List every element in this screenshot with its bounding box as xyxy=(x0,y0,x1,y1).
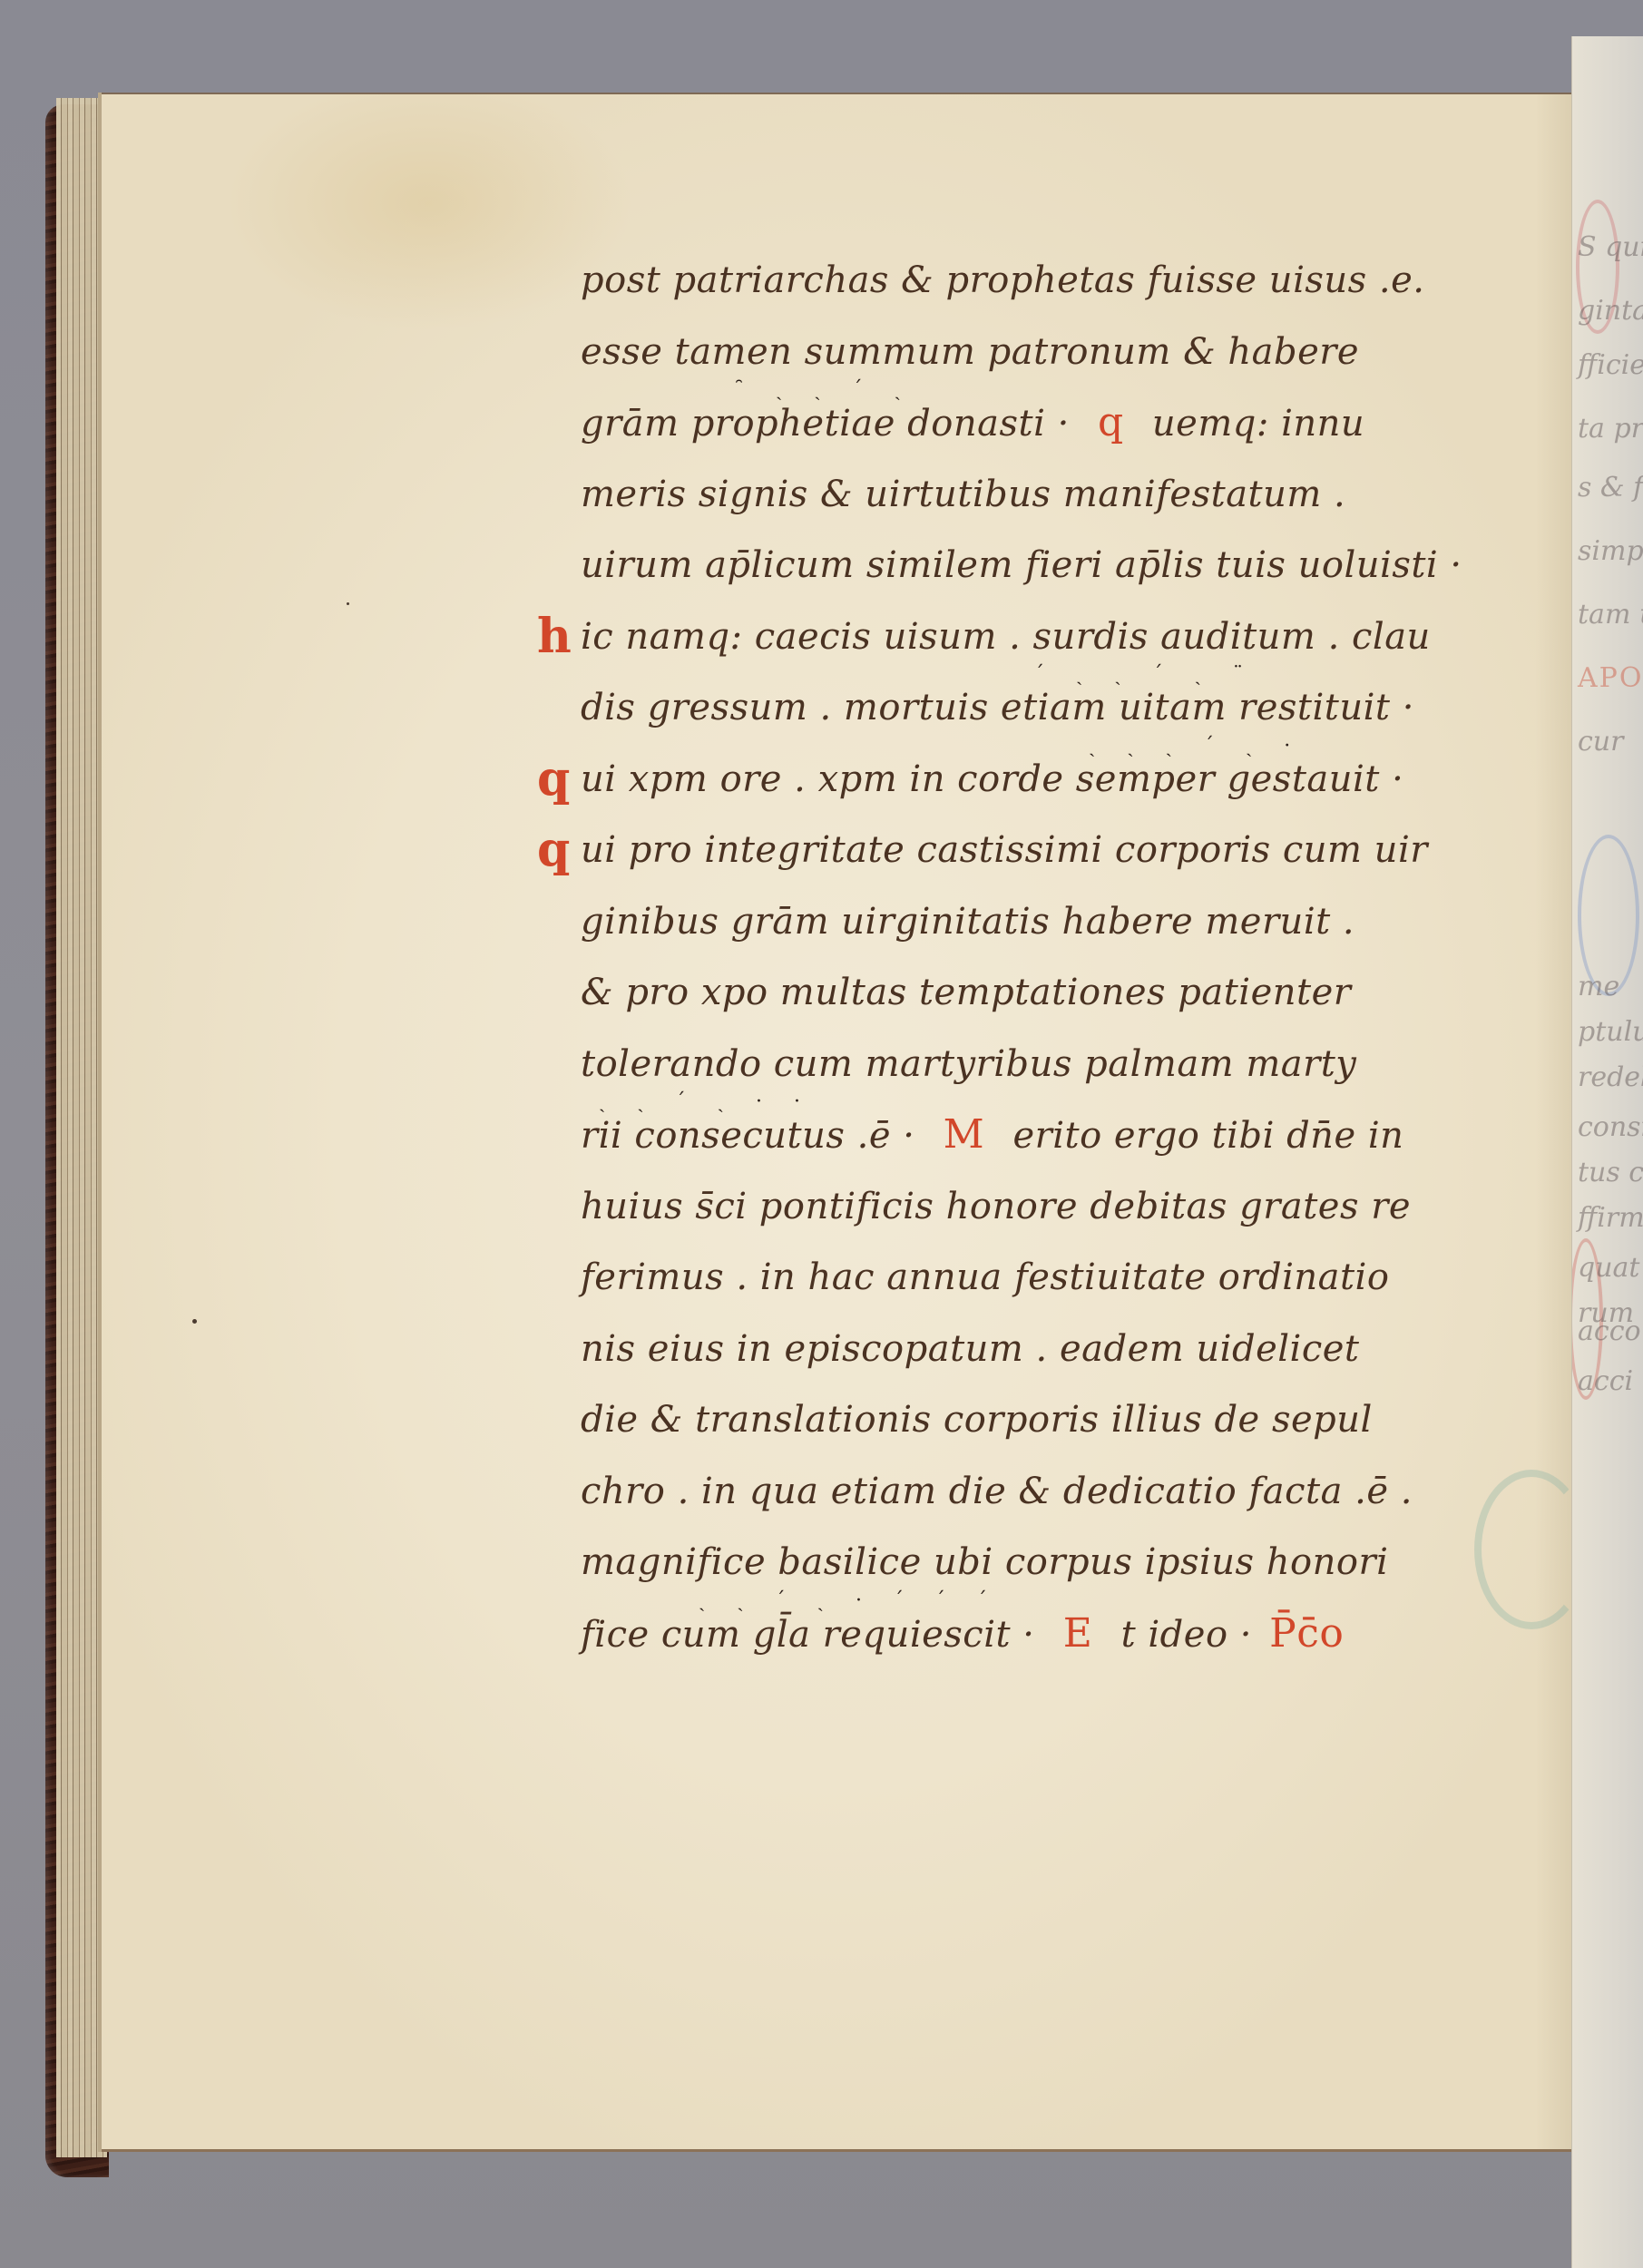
line-text: chro . in qua etiam die & dedicatio fact… xyxy=(581,1471,1413,1512)
neume-notation: ˎ ˎ ˊ ˎ · · xyxy=(599,1092,813,1112)
line-text: magnifice basilice ubi corpus ipsius hon… xyxy=(581,1541,1388,1583)
text-line-1: post patriarchas & prophetas fuisse uisu… xyxy=(581,245,1524,317)
facing-text-fragment: ptulum cer xyxy=(1578,1016,1643,1048)
line-text: ui xpm ore . xpm in corde semper gestaui… xyxy=(581,758,1403,800)
facing-text-fragment: S quip xyxy=(1578,231,1643,263)
facing-text-fragment: quat xyxy=(1578,1252,1639,1284)
text-line-10: ginibus grām uirginitatis habere meruit … xyxy=(581,886,1524,958)
line-text-after: t ideo · xyxy=(1121,1614,1252,1656)
line-text: post patriarchas & prophetas fuisse uisu… xyxy=(581,259,1425,301)
facing-text-fragment: ta prod xyxy=(1578,413,1643,445)
text-line-17: die & translationis corporis illius de s… xyxy=(581,1384,1524,1456)
text-line-9: q ui pro integritate castissimi corporis… xyxy=(581,815,1524,886)
facing-page-edge: S quip ginta fficienti ta prod s & fan s… xyxy=(1571,36,1643,2268)
text-line-19: magnifice basilice ubi corpus ipsius hon… xyxy=(581,1527,1524,1598)
facing-text-fragment: simpiter xyxy=(1578,535,1643,567)
line-text: tolerando cum martyribus palmam marty xyxy=(581,1043,1356,1085)
facing-text-fragment: ginta xyxy=(1578,295,1643,327)
facing-text-fragment: acco xyxy=(1578,1315,1641,1347)
rubric-initial-m: M xyxy=(944,1111,985,1158)
line-text: rii consecutus .ē · xyxy=(581,1115,914,1157)
text-line-14: huius s̄ci pontificis honore debitas gra… xyxy=(581,1171,1524,1243)
rubric-cue-preface: P̄c̄o xyxy=(1269,1610,1344,1657)
neume-notation: ˊ ˎ ˎ ˊ ˎ ¨ xyxy=(1034,665,1256,685)
text-line-3: ̑ ˎ ˎ ˊ ˎ grām prophetiae donasti · q ue… xyxy=(581,387,1524,459)
facing-text-fragment: me xyxy=(1578,971,1619,1002)
text-line-6: h ic namq: caecis uisum . surdis auditum… xyxy=(581,601,1524,673)
facing-text-fragment: tus conseq xyxy=(1578,1157,1643,1188)
neume-notation: ˎ ˎ ˎ ˊ ˎ · xyxy=(1089,737,1303,757)
line-text: ferimus . in hac annua festiuitate ordin… xyxy=(581,1256,1389,1298)
line-text: fice cum gl̄a requiescit · xyxy=(581,1614,1035,1656)
facing-text-fragment: s & fan xyxy=(1578,472,1643,503)
facing-text-fragment: conside xyxy=(1578,1111,1643,1143)
text-line-4: meris signis & uirtutibus manifestatum . xyxy=(581,459,1524,531)
text-line-16: nis eius in episcopatum . eadem uidelice… xyxy=(581,1314,1524,1385)
ink-speck xyxy=(192,1319,197,1324)
line-text-after: uemq: innu xyxy=(1152,403,1364,445)
neume-notation: ̑ ˎ ˎ ˊ ˎ xyxy=(744,380,914,400)
line-text: nis eius in episcopatum . eadem uidelice… xyxy=(581,1328,1360,1370)
line-text: & pro xpo multas temptationes patienter xyxy=(581,972,1351,1013)
line-text: die & translationis corporis illius de s… xyxy=(581,1399,1373,1441)
text-block: post patriarchas & prophetas fuisse uisu… xyxy=(581,245,1524,1669)
text-line-12: tolerando cum martyribus palmam marty xyxy=(581,1029,1524,1100)
facing-text-fragment: acci xyxy=(1578,1365,1633,1397)
rubric-initial-h: h xyxy=(537,601,572,673)
facing-rubric-fragment: APO xyxy=(1578,662,1643,694)
rubric-initial-q: q xyxy=(537,815,571,886)
rubric-initial-q: q xyxy=(537,744,571,816)
ink-speck xyxy=(347,602,349,605)
facing-text-fragment: ffirmu xyxy=(1578,1202,1643,1234)
text-line-18: chro . in qua etiam die & dedicatio fact… xyxy=(581,1456,1524,1528)
rubric-initial-e: E xyxy=(1063,1610,1093,1657)
line-text: huius s̄ci pontificis honore debitas gra… xyxy=(581,1186,1411,1227)
facing-text-fragment: redelagu xyxy=(1578,1061,1643,1093)
line-text: esse tamen summum patronum & habere xyxy=(581,331,1359,373)
rubric-initial-q: q xyxy=(1098,399,1124,445)
line-text: dis gressum . mortuis etiam uitam restit… xyxy=(581,687,1414,728)
page-edges xyxy=(56,98,107,2157)
facing-text-fragment: fficienti xyxy=(1578,349,1643,381)
text-line-7: ˊ ˎ ˎ ˊ ˎ ¨ dis gressum . mortuis etiam … xyxy=(581,672,1524,744)
line-text: meris signis & uirtutibus manifestatum . xyxy=(581,474,1345,515)
line-text: uirum ap̄licum similem fieri ap̄lis tuis… xyxy=(581,544,1462,586)
text-line-8: q ˎ ˎ ˎ ˊ ˎ · ui xpm ore . xpm in corde … xyxy=(581,744,1524,816)
text-line-11: & pro xpo multas temptationes patienter xyxy=(581,957,1524,1029)
line-text: ic namq: caecis uisum . surdis auditum .… xyxy=(581,616,1431,658)
text-line-15: ferimus . in hac annua festiuitate ordin… xyxy=(581,1242,1524,1314)
text-line-2: esse tamen summum patronum & habere xyxy=(581,317,1524,388)
facing-text-fragment: tam uiui xyxy=(1578,599,1643,631)
line-text: ui pro integritate castissimi corporis c… xyxy=(581,829,1428,871)
text-line-5: uirum ap̄licum similem fieri ap̄lis tuis… xyxy=(581,530,1524,601)
neume-notation: ˎ ˎ ˊ ˎ · ˊ ˊ ˊ xyxy=(699,1591,1000,1611)
text-line-13: ˎ ˎ ˊ ˎ · · rii consecutus .ē · M erito… xyxy=(581,1100,1524,1171)
line-text: ginibus grām uirginitatis habere meruit … xyxy=(581,901,1354,943)
text-line-20: ˎ ˎ ˊ ˎ · ˊ ˊ ˊ fice cum gl̄a requiescit… xyxy=(581,1598,1524,1670)
line-text-after: erito ergo tibi dn̄e in xyxy=(1012,1115,1403,1157)
line-text: grām prophetiae donasti · xyxy=(581,403,1070,445)
facing-text-fragment: cur xyxy=(1578,726,1623,758)
